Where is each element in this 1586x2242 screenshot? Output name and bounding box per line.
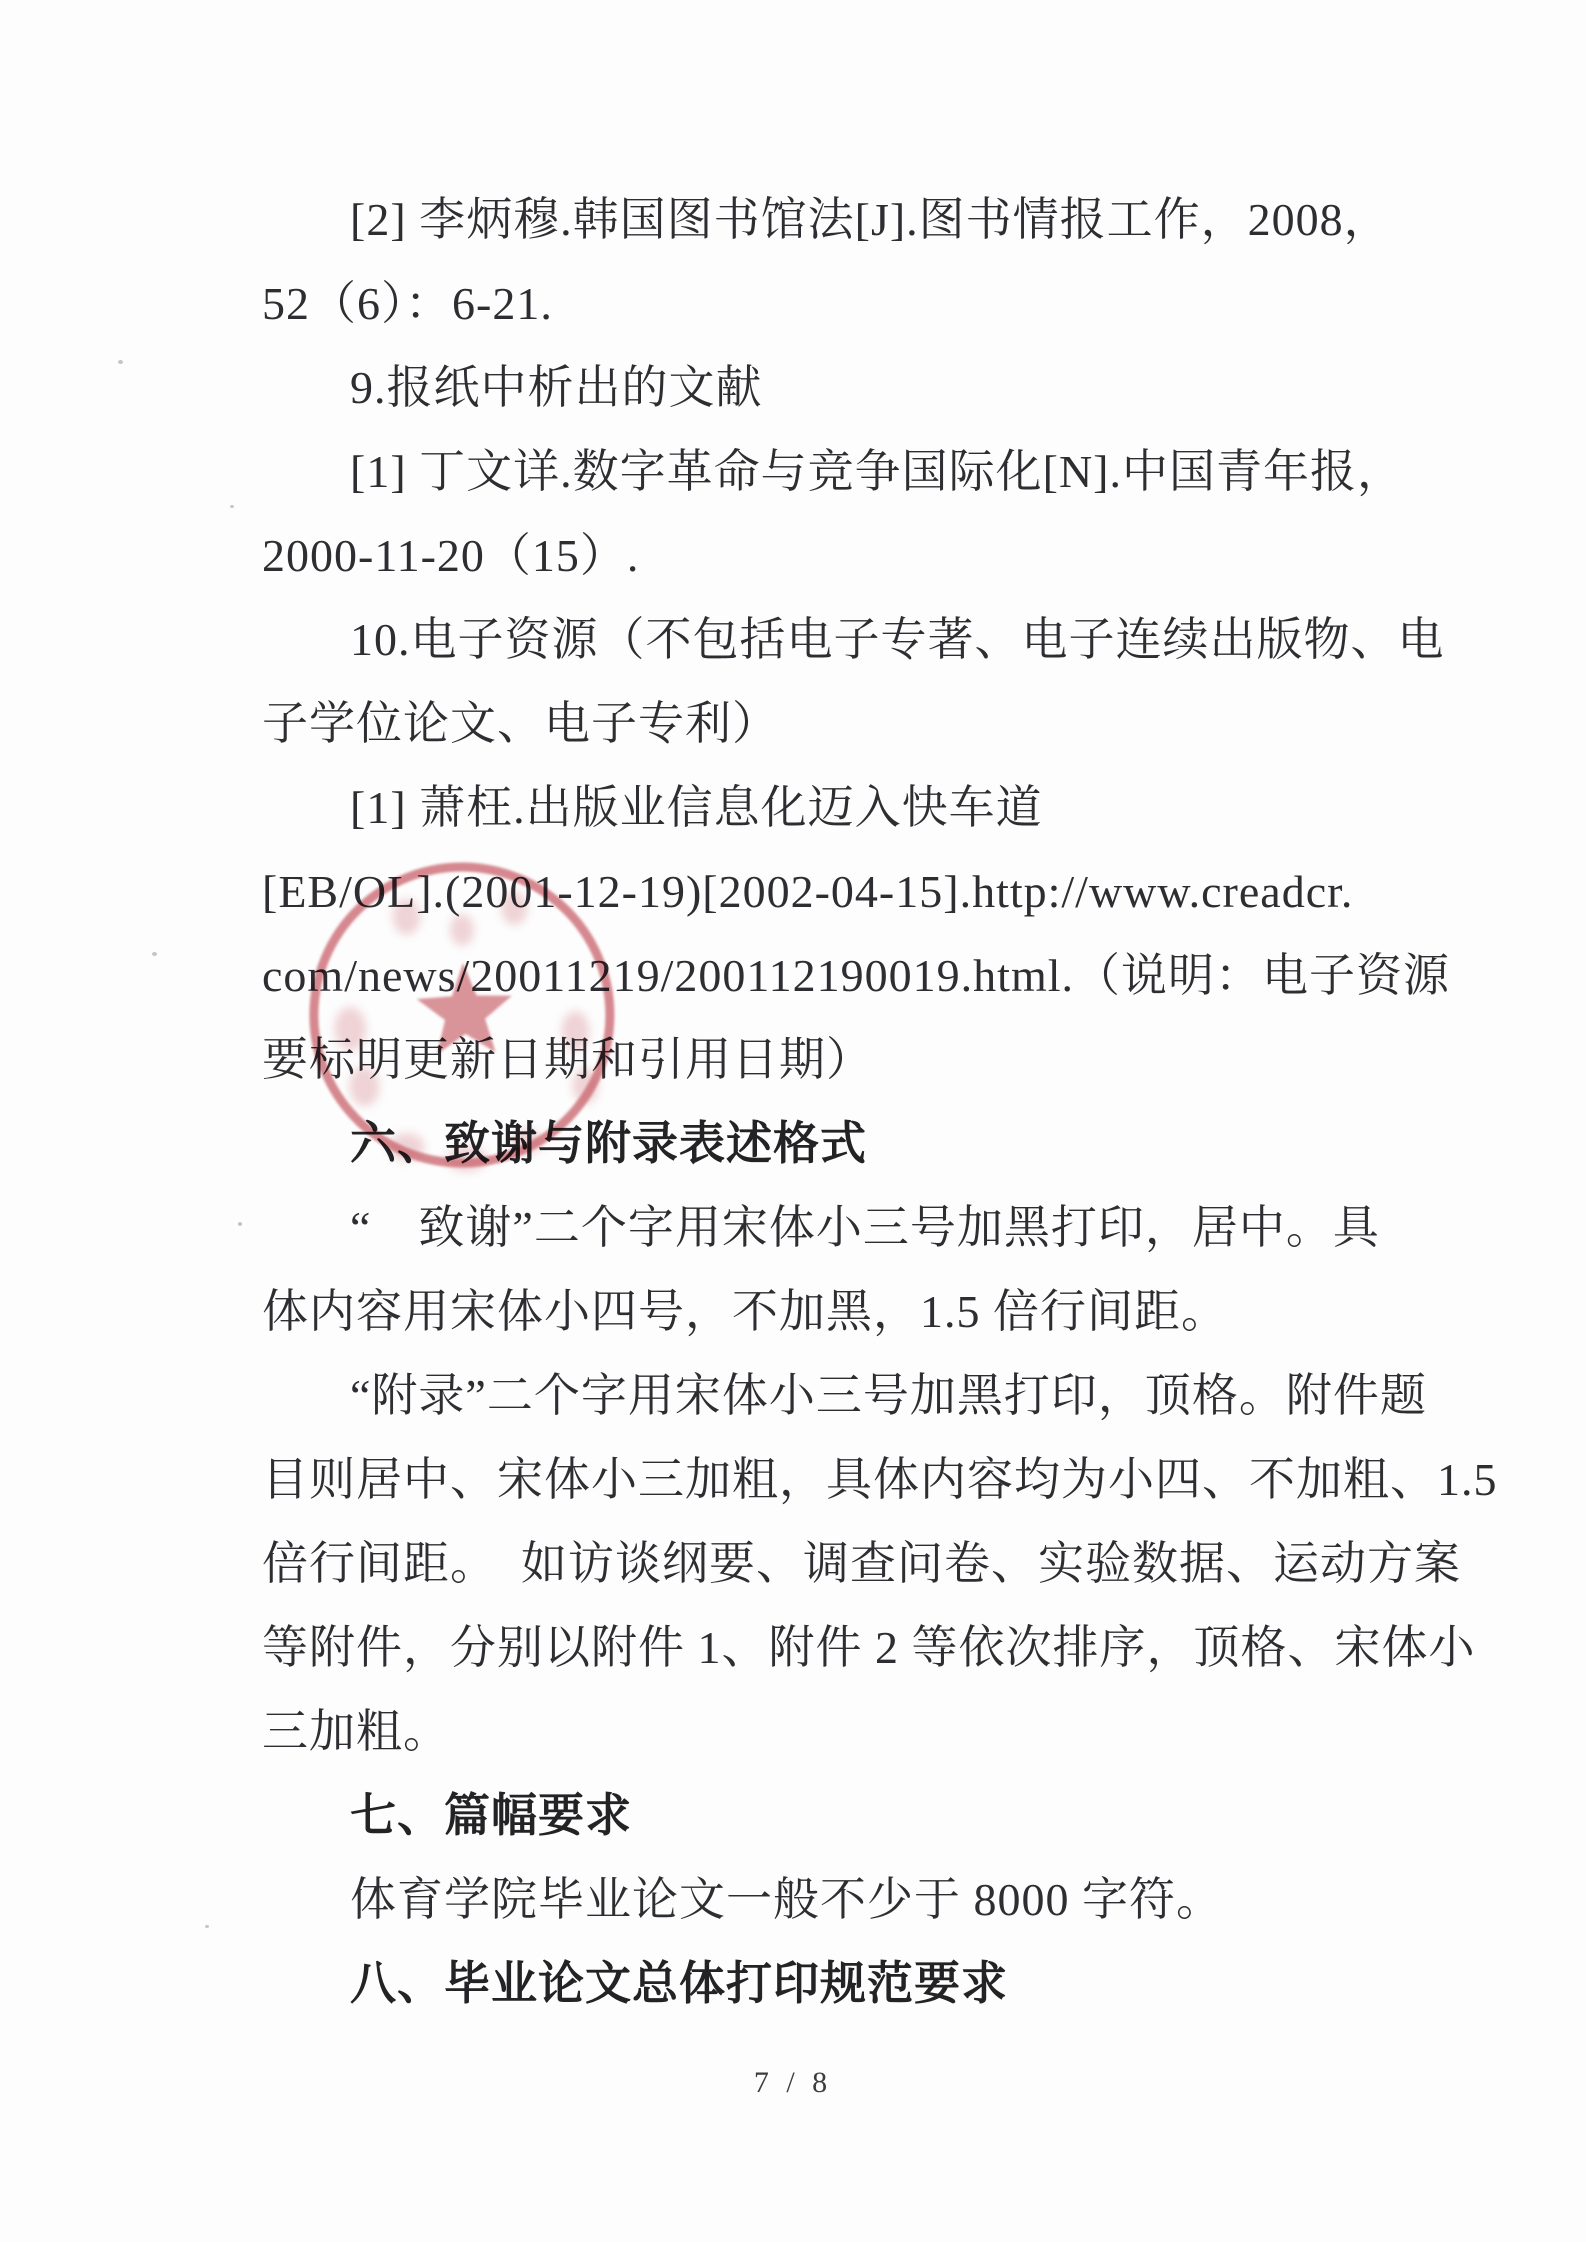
body-line: 三加粗。 [262, 1690, 1472, 1774]
scan-speck [230, 505, 234, 508]
scan-speck [205, 1925, 209, 1928]
body-line: 等附件，分别以附件 1、附件 2 等依次排序，顶格、宋体小 [262, 1606, 1472, 1690]
reference-line: 2000-11-20（15）. [262, 514, 1472, 598]
scan-speck [118, 360, 123, 364]
reference-line: [1] 丁文详.数字革命与竞争国际化[N].中国青年报， [262, 430, 1472, 514]
reference-line: [1] 萧枉.出版业信息化迈入快车道 [262, 766, 1472, 850]
body-line: 体育学院毕业论文一般不少于 8000 字符。 [262, 1858, 1472, 1942]
section-heading: 八、毕业论文总体打印规范要求 [262, 1942, 1472, 2026]
reference-line: 52（6）：6-21. [262, 262, 1472, 346]
list-item-heading: 10.电子资源（不包括电子专著、电子连续出版物、电 [262, 598, 1472, 682]
list-item-heading: 9.报纸中析出的文献 [262, 346, 1472, 430]
section-heading: 七、篇幅要求 [262, 1774, 1472, 1858]
list-item-heading-cont: 子学位论文、电子专利） [262, 682, 1472, 766]
page-number: 7 / 8 [0, 2066, 1586, 2100]
scan-speck [152, 952, 157, 956]
scanned-document-page: [2] 李炳穆.韩国图书馆法[J].图书情报工作，2008， 52（6）：6-2… [0, 0, 1586, 2242]
body-line: “附录”二个字用宋体小三号加黑打印，顶格。附件题 [262, 1354, 1472, 1438]
red-seal-stamp-icon [284, 839, 641, 1196]
body-line: 目则居中、宋体小三加粗，具体内容均为小四、不加粗、1.5 [262, 1438, 1472, 1522]
body-line: “ 致谢”二个字用宋体小三号加黑打印，居中。具 [262, 1186, 1472, 1270]
body-line: 体内容用宋体小四号，不加黑，1.5 倍行间距。 [262, 1270, 1472, 1354]
scan-speck [238, 1222, 242, 1226]
reference-line: [2] 李炳穆.韩国图书馆法[J].图书情报工作，2008， [262, 178, 1472, 262]
seal-star-icon [416, 961, 514, 1055]
body-line: 倍行间距。 如访谈纲要、调查问卷、实验数据、运动方案 [262, 1522, 1472, 1606]
